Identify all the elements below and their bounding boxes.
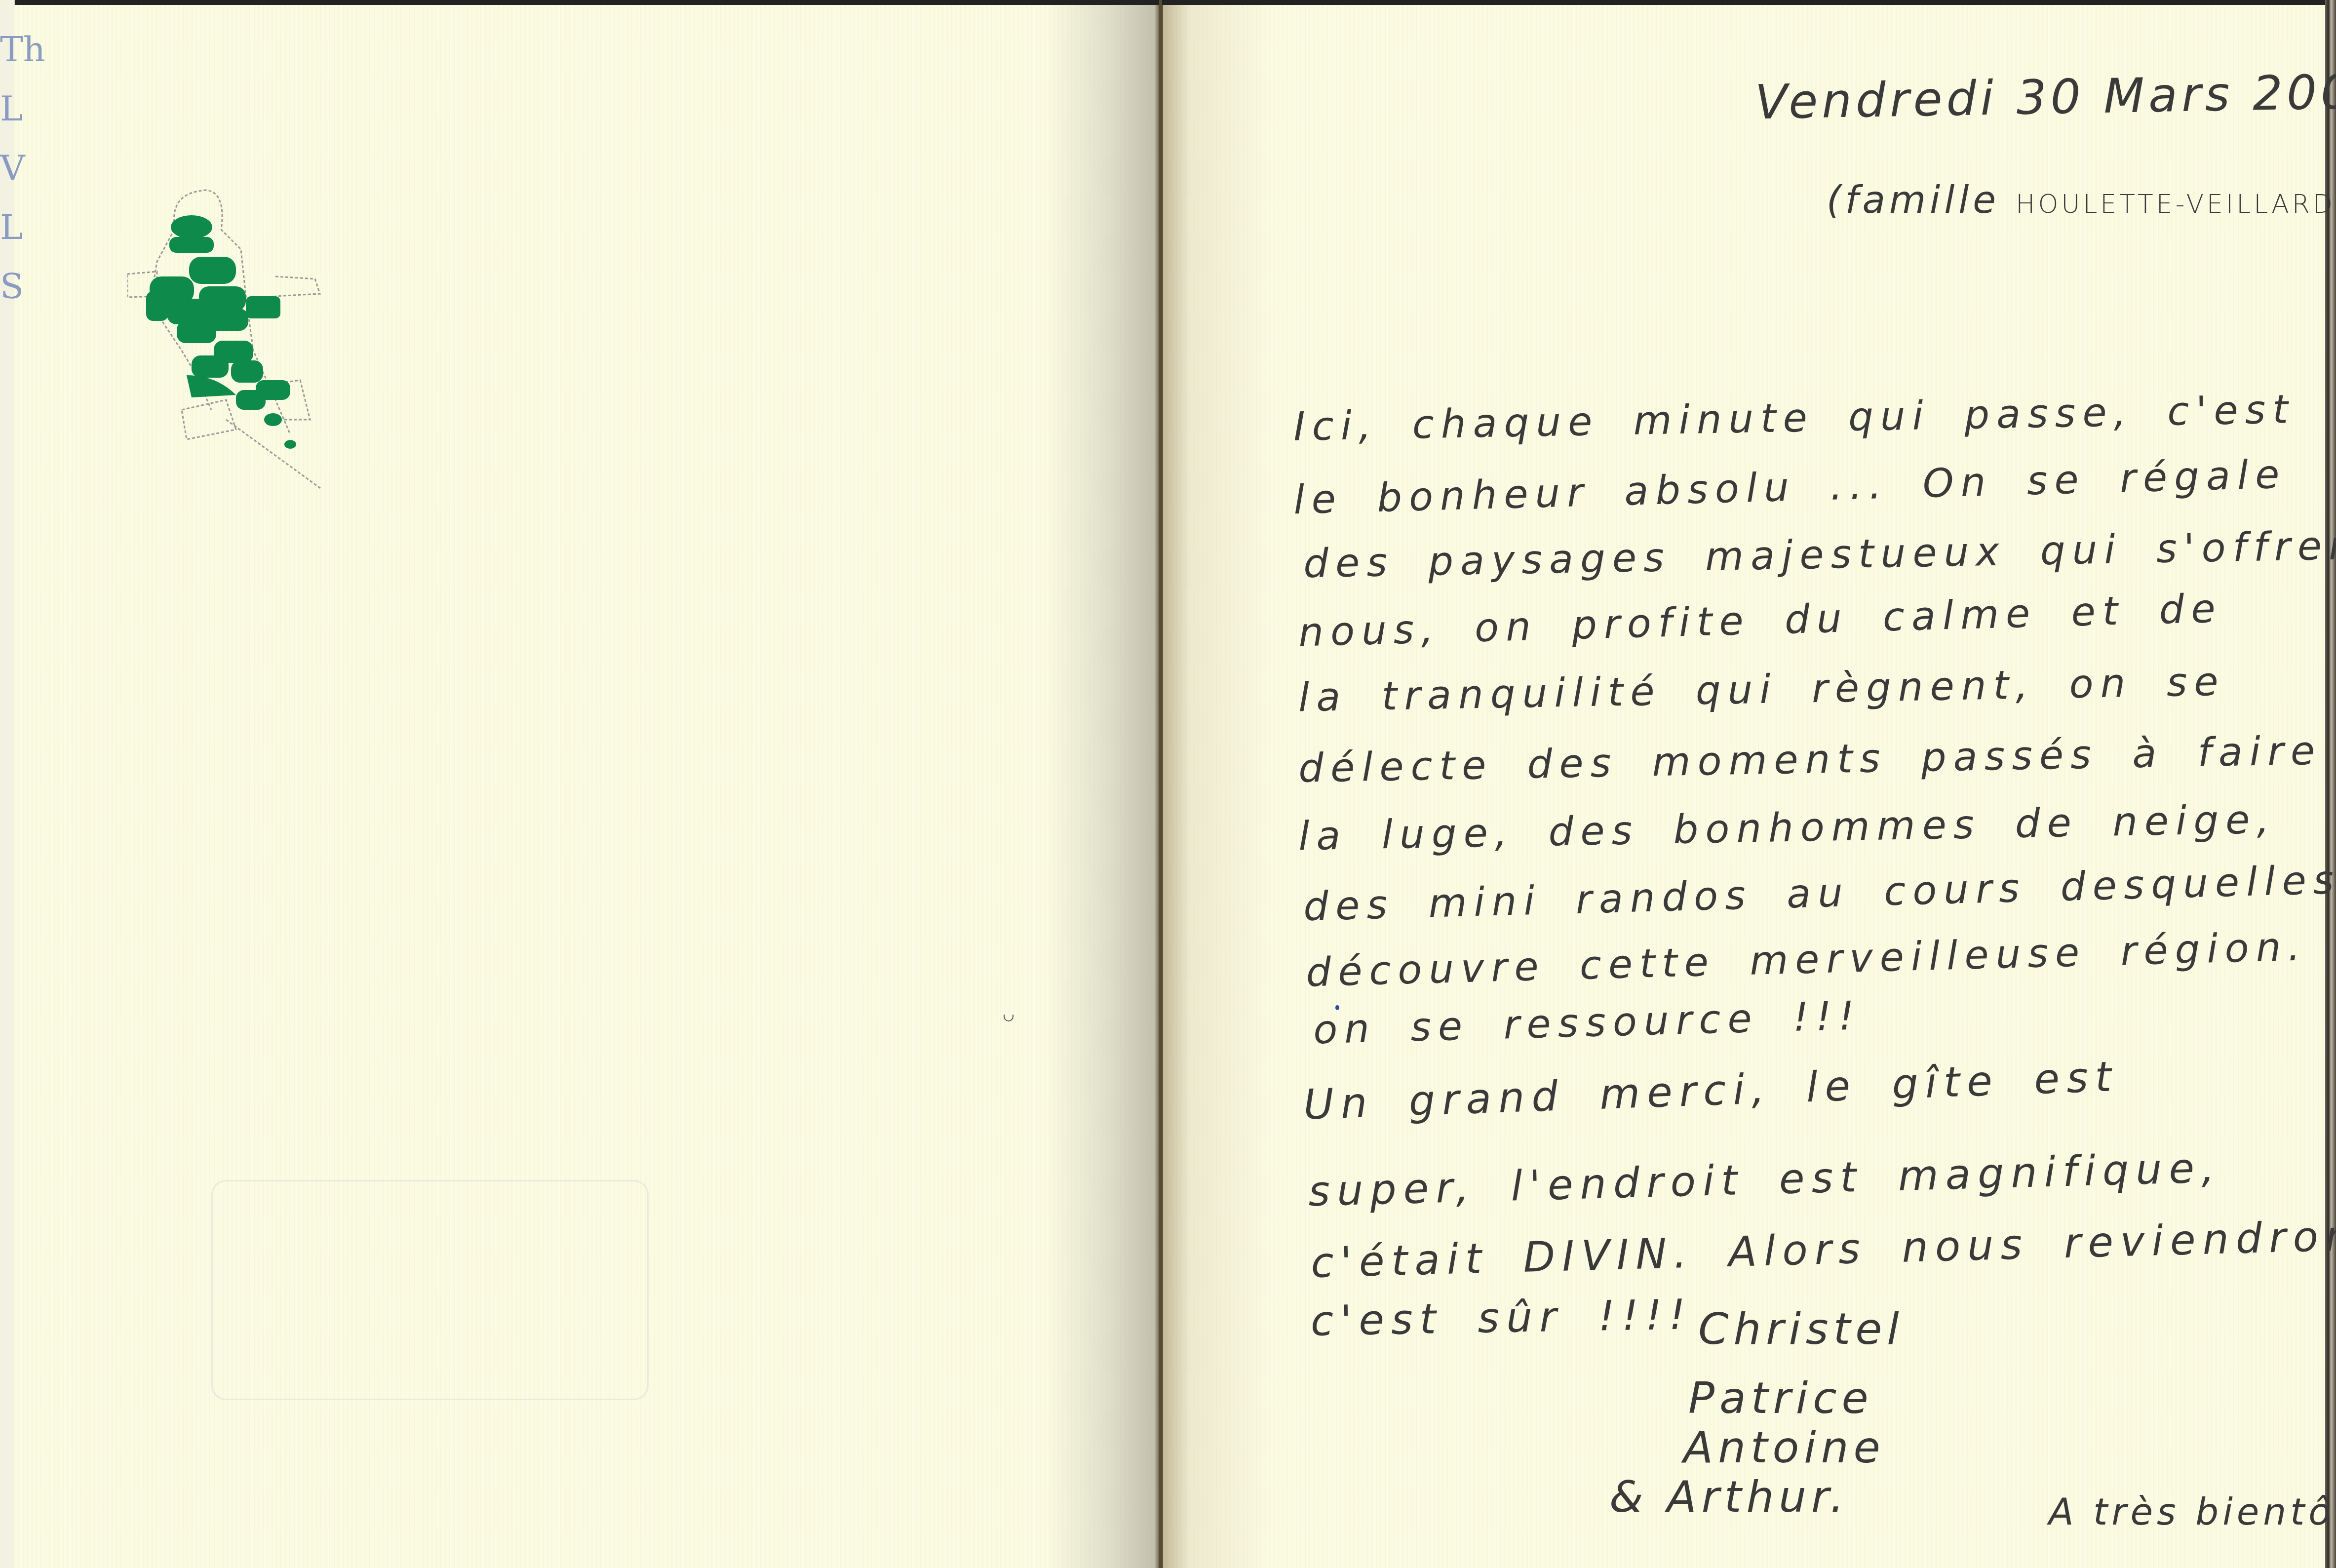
right-gutter-shadow [1163,5,1271,1568]
striped-figure-drawing [127,143,354,489]
bleed-letter: L [0,79,15,138]
small-pen-mark [1004,1015,1013,1021]
family-prefix: (famille [1827,178,2000,222]
blue-ink-dot [1335,1005,1339,1010]
signature-arthur: & Arthur. [1609,1471,1849,1522]
signature-patrice: Patrice [1688,1372,1873,1423]
sledder-drawing-icon [127,143,354,489]
left-page [14,5,1160,1568]
right-outer-edge [2325,0,2336,1568]
signature-antoine: Antoine [1683,1422,1885,1473]
thanks-line: c'est sûr !!!! [1310,1290,1693,1345]
notebook-spread: Th L V L S Vendredi 30 Mars 2007 (famill… [0,0,2336,1568]
entry-date: Vendredi 30 Mars 2007 [1754,64,2336,130]
bleed-letter: V [0,138,15,197]
bleed-letter: Th [0,20,15,79]
bleed-letter: S [0,257,15,316]
family-name-line: (famille HOULETTE-VEILLARD) [1827,178,2336,222]
signature-christel: Christel [1698,1303,1904,1354]
faint-bleed-through-stamp [211,1180,649,1400]
bleed-through-letters: Th L V L S [0,20,15,316]
scan-top-edge [0,0,2336,5]
left-gutter-shadow [1047,5,1160,1568]
closing-line: A très bientôt. [2049,1491,2336,1533]
family-name: HOULETTE-VEILLARD) [2016,190,2336,219]
bleed-letter: L [0,197,15,257]
book-spine [1159,0,1162,1568]
